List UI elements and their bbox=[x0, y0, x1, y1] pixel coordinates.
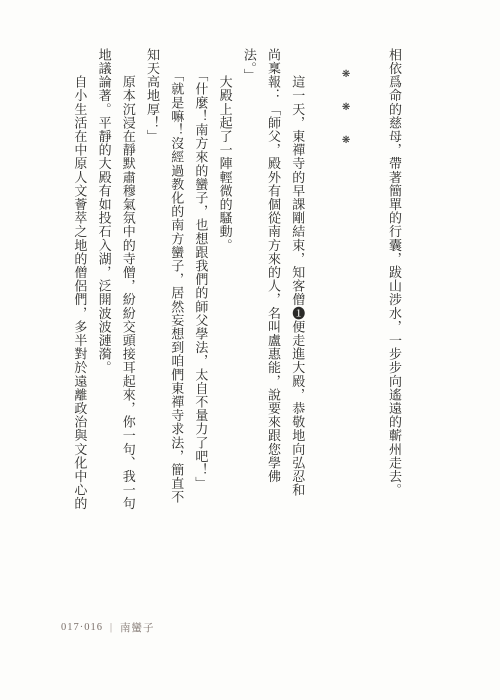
vertical-text-block: 相依爲命的慈母，帶著簡單的行囊，跋山涉水，一步步向遙遠的蘄州走去。 ❋ ❋ ❋ … bbox=[67, 48, 406, 663]
section-divider: ❋ ❋ ❋ bbox=[333, 48, 357, 663]
text-column: 相依爲命的慈母，帶著簡單的行囊，跋山涉水，一步步向遙遠的蘄州走去。 bbox=[382, 48, 406, 663]
text-column: 自小生活在中原人文薈萃之地的僧侶們，多半對於遠離政治與文化中心的 bbox=[67, 48, 91, 663]
text-column: 原本沉浸在靜默肅穆氣氛中的寺僧，紛紛交頭接耳起來，你一句、我一句 bbox=[116, 48, 140, 663]
text-column: 尚稟報：「師父，殿外有個從南方來的人，名叫盧惠能，說要來跟您學佛 bbox=[261, 48, 285, 663]
book-page: 相依爲命的慈母，帶著簡單的行囊，跋山涉水，一步步向遙遠的蘄州走去。 ❋ ❋ ❋ … bbox=[0, 0, 500, 700]
text-column: 「什麼！南方來的蠻子，也想跟我們的師父學法，太自不量力了吧！」 bbox=[188, 48, 212, 663]
page-numbers: 017·016 bbox=[61, 622, 103, 633]
text-column: 地議論著。平靜的大殿有如投石入湖，泛開波波漣漪。 bbox=[91, 48, 115, 663]
text-column: 「就是嘛！沒經過教化的南方蠻子，居然妄想到咱們東禪寺求法，簡直不 bbox=[164, 48, 188, 663]
chapter-title: 南蠻子 bbox=[120, 620, 155, 635]
page-footer: 017·016 | 南蠻子 bbox=[61, 620, 155, 635]
text-column: 這一天，東禪寺的早課剛結束，知客僧❶便走進大殿，恭敬地向弘忍和 bbox=[285, 48, 309, 663]
text-column: 知天高地厚！」 bbox=[140, 48, 164, 663]
footer-divider: | bbox=[110, 622, 113, 633]
text-column: 法。」 bbox=[237, 48, 261, 663]
text-column: 大殿上起了一陣輕微的騷動。 bbox=[212, 48, 236, 663]
